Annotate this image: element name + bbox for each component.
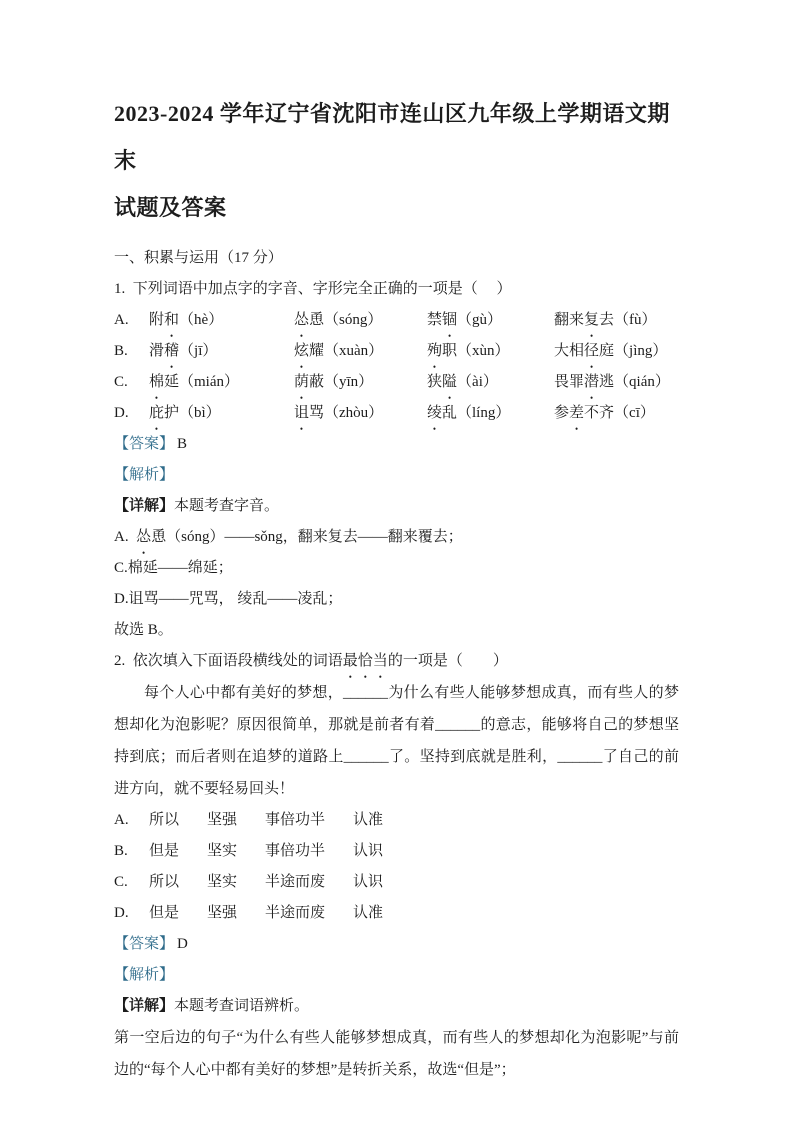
- option-word: 坚实: [207, 867, 237, 898]
- question2-option-a: A. 所以 坚强 事倍功半 认准: [114, 805, 679, 836]
- option-word: 附和（hè）: [149, 305, 294, 336]
- option-word: 坚强: [207, 805, 237, 836]
- question1-analysis-line: A. 怂恿（sóng）——sǒng，翻来复去——翻来覆去；: [114, 522, 679, 553]
- answer-label: 【答案】: [114, 436, 174, 452]
- option-label: D.: [114, 898, 149, 929]
- option-word: 坚强: [207, 898, 237, 929]
- option-word: 翻来复去（fù）: [554, 305, 679, 336]
- question1-analysis-label: 【解析】: [114, 460, 679, 491]
- option-word: 半途而废: [265, 898, 325, 929]
- question2-option-c: C. 所以 坚实 半途而废 认识: [114, 867, 679, 898]
- option-word: 认准: [353, 805, 383, 836]
- option-word: 禁锢（gù）: [427, 305, 554, 336]
- question1-stem: 1. 下列词语中加点字的字音、字形完全正确的一项是（ ）: [114, 274, 679, 305]
- question1-detail-line: 【详解】本题考查字音。: [114, 491, 679, 522]
- answer-value: B: [177, 436, 187, 452]
- option-word: 事倍功半: [265, 805, 325, 836]
- option-word: 参差不齐（cī）: [554, 398, 679, 429]
- option-label: C.: [114, 867, 149, 898]
- option-word: 坚实: [207, 836, 237, 867]
- question2-analysis-label: 【解析】: [114, 960, 679, 991]
- question1-analysis-line: D.诅骂——咒骂， 绫乱——凌乱；: [114, 584, 679, 615]
- question2-answer-line: 【答案】D: [114, 929, 679, 960]
- question1-option-c: C. 棉延（mián） 荫蔽（yīn） 狭隘（ài） 畏罪潜逃（qián）: [114, 367, 679, 398]
- question2-analysis-paragraph: 第一空后边的句子“为什么有些人能够梦想成真，而有些人的梦想却化为泡影呢”与前边的…: [114, 1022, 679, 1086]
- option-word: 大相径庭（jìng）: [554, 336, 679, 367]
- question1-option-d: D. 庇护（bì） 诅骂（zhòu） 绫乱（líng） 参差不齐（cī）: [114, 398, 679, 429]
- option-word: 庇护（bì）: [149, 398, 294, 429]
- option-word: 滑稽（jī）: [149, 336, 294, 367]
- option-word: 殉职（xùn）: [427, 336, 554, 367]
- question1-option-a: A. 附和（hè） 怂恿（sóng） 禁锢（gù） 翻来复去（fù）: [114, 305, 679, 336]
- option-word: 荫蔽（yīn）: [294, 367, 427, 398]
- option-word: 所以: [149, 867, 179, 898]
- document-page: 2023-2024 学年辽宁省沈阳市连山区九年级上学期语文期末 试题及答案 一、…: [0, 0, 793, 1086]
- question1-option-b: B. 滑稽（jī） 炫耀（xuàn） 殉职（xùn） 大相径庭（jìng）: [114, 336, 679, 367]
- question1-analysis-line: 故选 B。: [114, 615, 679, 646]
- document-title: 2023-2024 学年辽宁省沈阳市连山区九年级上学期语文期末 试题及答案: [114, 90, 679, 231]
- answer-label: 【答案】: [114, 936, 174, 952]
- document-title-line2: 试题及答案: [114, 195, 227, 220]
- option-word: 半途而废: [265, 867, 325, 898]
- detail-text: 本题考查词语辨析。: [174, 998, 309, 1014]
- question2-stem: 2. 依次填入下面语段横线处的词语最恰当的一项是（ ）: [114, 646, 679, 677]
- option-label: B.: [114, 836, 149, 867]
- question2-detail-line: 【详解】本题考查词语辨析。: [114, 991, 679, 1022]
- answer-value: D: [177, 936, 188, 952]
- detail-label: 【详解】: [114, 998, 174, 1014]
- question1-analysis-line: C.棉延——绵延；: [114, 553, 679, 584]
- question2-option-d: D. 但是 坚强 半途而废 认准: [114, 898, 679, 929]
- question1-answer-line: 【答案】B: [114, 429, 679, 460]
- option-word: 但是: [149, 836, 179, 867]
- option-word: 诅骂（zhòu）: [294, 398, 427, 429]
- detail-label: 【详解】: [114, 498, 174, 514]
- document-title-line1: 2023-2024 学年辽宁省沈阳市连山区九年级上学期语文期末: [114, 101, 670, 173]
- question2-option-b: B. 但是 坚实 事倍功半 认识: [114, 836, 679, 867]
- option-word: 认识: [353, 836, 383, 867]
- option-label: D.: [114, 398, 149, 429]
- option-word: 事倍功半: [265, 836, 325, 867]
- option-word: 认准: [353, 898, 383, 929]
- option-word: 所以: [149, 805, 179, 836]
- option-word: 认识: [353, 867, 383, 898]
- option-word: 狭隘（ài）: [427, 367, 554, 398]
- detail-text: 本题考查字音。: [174, 498, 279, 514]
- option-label: C.: [114, 367, 149, 398]
- option-word: 但是: [149, 898, 179, 929]
- option-label: A.: [114, 805, 149, 836]
- option-word: 怂恿（sóng）: [294, 305, 427, 336]
- option-word: 畏罪潜逃（qián）: [554, 367, 679, 398]
- option-word: 炫耀（xuàn）: [294, 336, 427, 367]
- question2-passage: 每个人心中都有美好的梦想，______为什么有些人能够梦想成真，而有些人的梦想却…: [114, 677, 679, 805]
- option-label: B.: [114, 336, 149, 367]
- option-label: A.: [114, 305, 149, 336]
- option-word: 绫乱（líng）: [427, 398, 554, 429]
- section-heading: 一、积累与运用（17 分）: [114, 243, 679, 274]
